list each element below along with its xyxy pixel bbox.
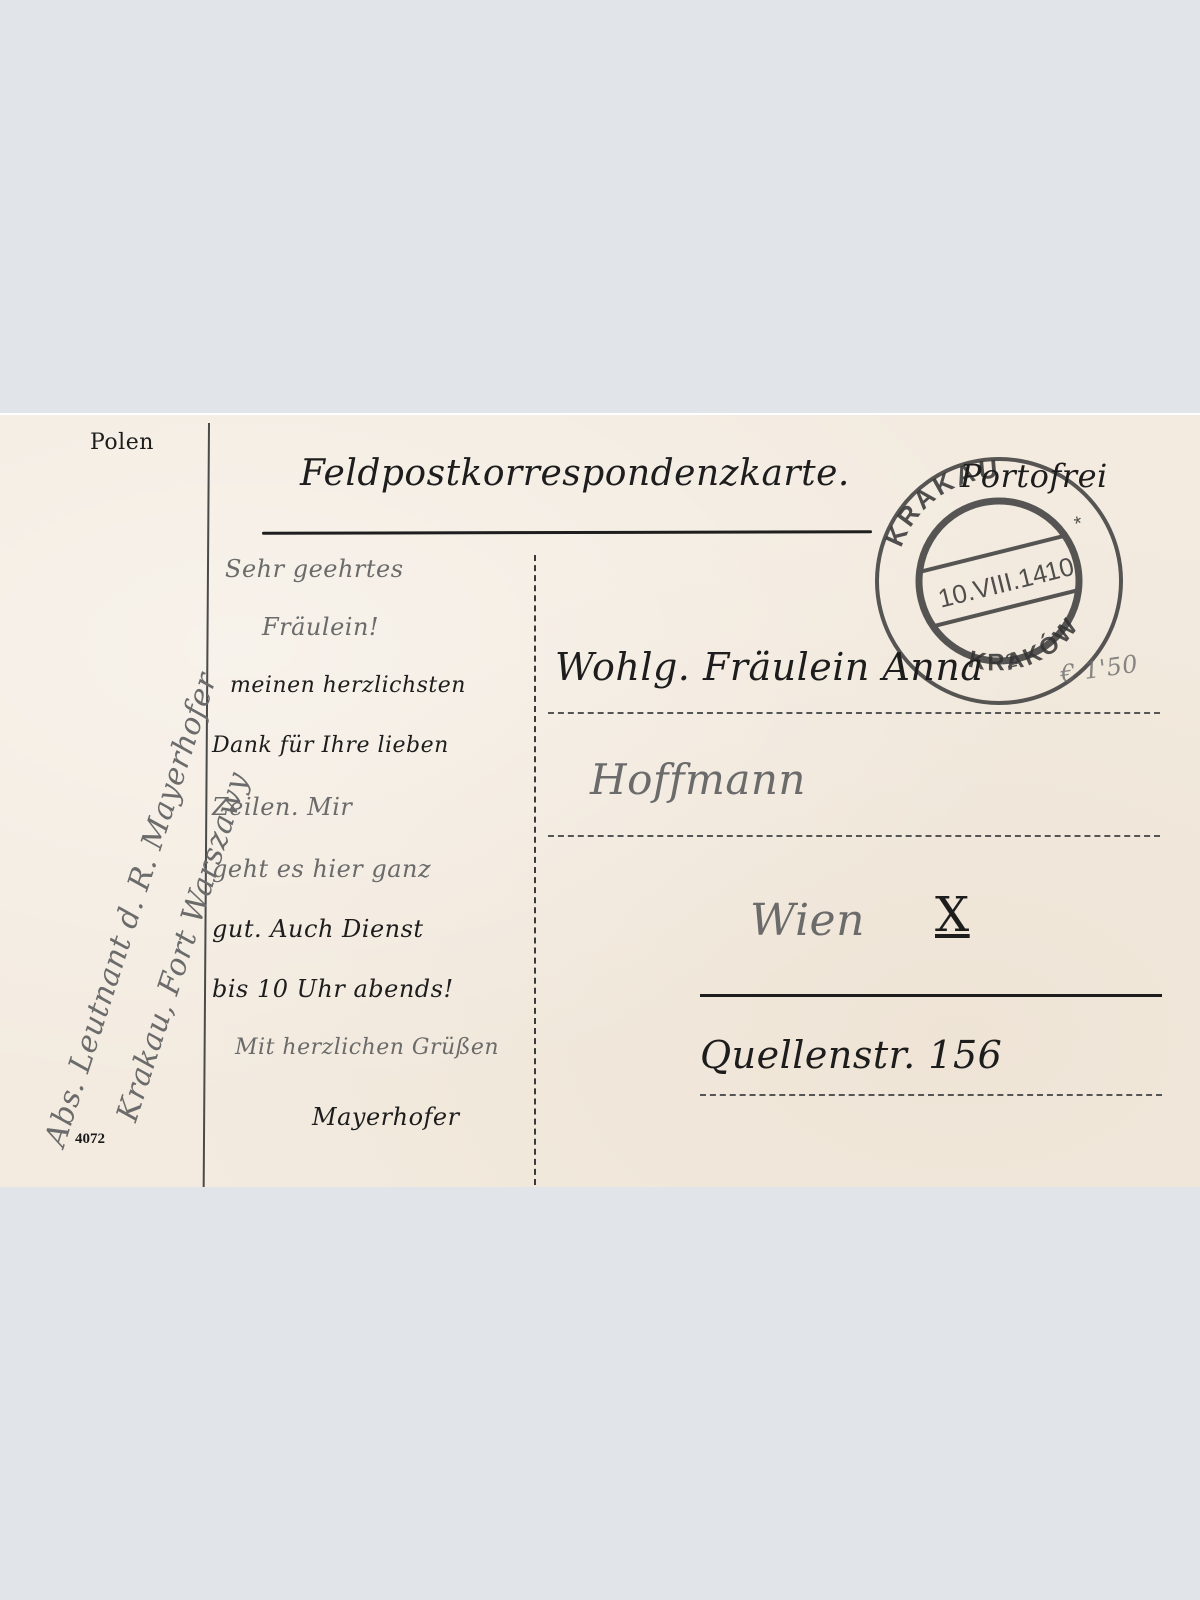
address-surname: Hoffmann bbox=[590, 755, 806, 804]
message-signature: Mayerhofer bbox=[312, 1103, 460, 1131]
address-district: X bbox=[935, 887, 970, 943]
postage-note: Portofrei bbox=[960, 457, 1108, 495]
message-line: Mit herzlichen Grüßen bbox=[235, 1035, 499, 1060]
message-line: meinen herzlichsten bbox=[230, 673, 466, 698]
address-salutation: Wohlg. Fräulein Anna bbox=[555, 645, 984, 689]
address-street: Quellenstr. 156 bbox=[700, 1033, 1002, 1077]
address-city: Wien bbox=[750, 895, 865, 946]
country-note: Polen bbox=[90, 430, 154, 455]
left-margin-divider bbox=[203, 423, 210, 1187]
message-line: bis 10 Uhr abends! bbox=[212, 975, 454, 1003]
address-line-3 bbox=[700, 1094, 1162, 1096]
address-line-1 bbox=[548, 712, 1160, 714]
title-underline bbox=[262, 530, 872, 535]
address-line-2 bbox=[548, 835, 1160, 837]
message-line: geht es hier ganz bbox=[212, 855, 431, 883]
card-title: Feldpostkorrespondenzkarte. bbox=[300, 453, 850, 494]
message-address-divider bbox=[534, 555, 536, 1185]
message-line: Zeilen. Mir bbox=[212, 793, 352, 821]
message-line: Sehr geehrtes bbox=[225, 555, 404, 583]
message-line: Dank für Ihre lieben bbox=[212, 733, 449, 758]
serial-number: 4072 bbox=[75, 1131, 105, 1148]
svg-text:*: * bbox=[1072, 512, 1085, 535]
postcard: Polen Feldpostkorrespondenzkarte. Portof… bbox=[0, 415, 1200, 1187]
svg-text:10.VIII.14: 10.VIII.14 bbox=[935, 558, 1050, 614]
address-solid-line bbox=[700, 994, 1162, 997]
message-line: Fräulein! bbox=[262, 613, 379, 641]
message-line: gut. Auch Dienst bbox=[212, 915, 424, 943]
